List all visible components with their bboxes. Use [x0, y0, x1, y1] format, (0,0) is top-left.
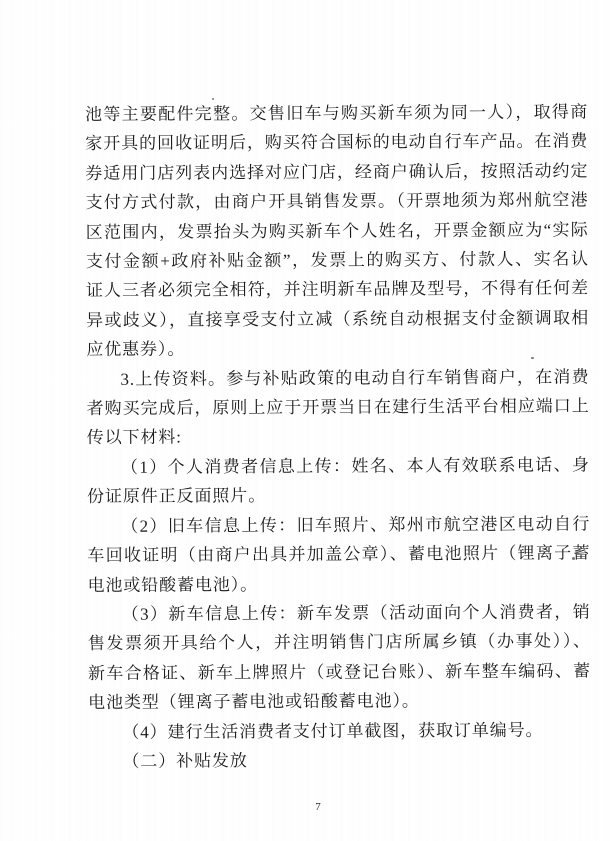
text-line: 券适用门店列表内选择对应门店，经商户确认后，按照活动约定 — [85, 156, 588, 188]
text-line: 支付方式付款，由商户开具销售发票。（开票地须为郑州航空港 — [85, 186, 588, 218]
text-line: 池等主要配件完整。交售旧车与购买新车须为同一人），取得商 — [85, 97, 588, 129]
text-line: 份证原件正反面照片。 — [87, 480, 590, 512]
text-line: 异或歧义），直接享受支付立减（系统自动根据支付金额调取相 — [86, 303, 589, 335]
text-line: 者购买完成后，原则上应于开票当日在建行生活平台相应端口上 — [87, 391, 590, 423]
text-line: （3）新车信息上传：新车发票（活动面向个人消费者，销 — [88, 597, 591, 629]
text-line: 证人三者必须完全相符，并注明新车品牌及型号，不得有任何差 — [86, 274, 589, 306]
text-line: 售发票须开具给个人，并注明销售门店所属乡镇（办事处））、 — [88, 627, 591, 659]
scanned-document-page: 池等主要配件完整。交售旧车与购买新车须为同一人），取得商家开具的回收证明后，购买… — [0, 0, 612, 841]
text-line: 3.上传资料。参与补贴政策的电动自行车销售商户，在消费 — [86, 362, 589, 394]
text-line: （2）旧车信息上传：旧车照片、郑州市航空港区电动自行 — [87, 509, 590, 541]
text-line: 电池或铅酸蓄电池）。 — [87, 568, 590, 600]
text-line: 新车合格证、新车上牌照片（或登记台账）、新车整车编码、蓄 — [88, 656, 591, 688]
page-number: 7 — [308, 801, 328, 813]
scan-speck — [531, 357, 534, 359]
text-line: 支付金额+政府补贴金额”，发票上的购买方、付款人、实名认 — [86, 244, 589, 276]
text-line: 区范围内，发票抬头为购买新车个人姓名，开票金额应为“实际 — [86, 215, 589, 247]
text-line: 车回收证明（由商户出具并加盖公章）、蓄电池照片（锂离子蓄 — [87, 538, 590, 570]
text-line: 家开具的回收证明后，购买符合国标的电动自行车产品。在消费 — [85, 127, 588, 159]
text-line: （1）个人消费者信息上传：姓名、本人有效联系电话、身 — [87, 450, 590, 482]
text-line: 电池类型（锂离子蓄电池或铅酸蓄电池）。 — [88, 685, 591, 717]
document-body: 池等主要配件完整。交售旧车与购买新车须为同一人），取得商家开具的回收证明后，购买… — [85, 97, 592, 776]
text-line: 应优惠券）。 — [86, 333, 589, 365]
text-line: 传以下材料: — [87, 421, 590, 453]
text-line: （二）补贴发放 — [88, 744, 591, 776]
scan-speck — [572, 557, 575, 560]
scan-speck — [212, 98, 214, 100]
text-line: （4）建行生活消费者支付订单截图，获取订单编号。 — [88, 715, 591, 747]
